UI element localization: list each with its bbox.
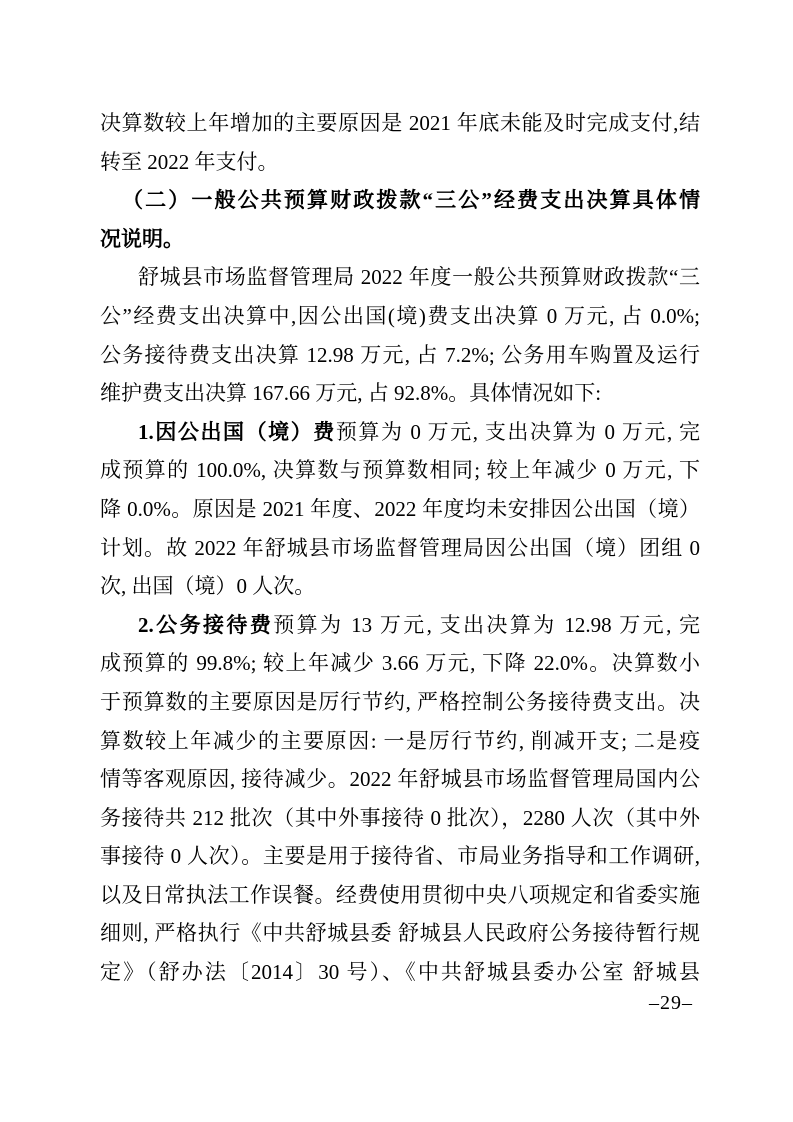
text-line-body: 务接待共 212 批次（其中外事接待 0 批次），2280 人次（其中外 (100, 806, 700, 830)
text-line: 降 0.0%。原因是 2021 年度、2022 年度均未安排因公出国（境） (100, 490, 700, 529)
text-line: 1.因公出国（境）费预算为 0 万元, 支出决算为 0 万元, 完 (100, 413, 700, 452)
text-line-body: 降 0.0%。原因是 2021 年度、2022 年度均未安排因公出国（境） (100, 497, 700, 521)
text-line: 舒城县市场监督管理局 2022 年度一般公共预算财政拨款“三 (100, 258, 700, 297)
text-line-body: 情等客观原因, 接待减少。2022 年舒城县市场监督管理局国内公 (100, 767, 700, 791)
text-line: 况说明。 (100, 220, 700, 259)
text-line-body: 况说明。 (100, 227, 184, 251)
document-body: 决算数较上年增加的主要原因是 2021 年底未能及时完成支付,结转至 2022 … (100, 104, 700, 992)
text-line-body: 于预算数的主要原因是厉行节约, 严格控制公务接待费支出。决 (100, 690, 700, 714)
text-line: 算数较上年减少的主要原因: 一是厉行节约, 削减开支; 二是疫 (100, 722, 700, 761)
text-line-body: 计划。故 2022 年舒城县市场监督管理局因公出国（境）团组 0 (100, 536, 700, 560)
text-line: 以及日常执法工作误餐。经费使用贯彻中央八项规定和省委实施 (100, 876, 700, 915)
text-line-body: 以及日常执法工作误餐。经费使用贯彻中央八项规定和省委实施 (100, 883, 700, 907)
text-line: 2.公务接待费预算为 13 万元, 支出决算为 12.98 万元, 完 (100, 606, 700, 645)
text-line: 次, 出国（境）0 人次。 (100, 567, 700, 606)
text-line-body: 舒城县市场监督管理局 2022 年度一般公共预算财政拨款“三 (138, 265, 700, 289)
text-line: 公”经费支出决算中,因公出国(境)费支出决算 0 万元, 占 0.0%; (100, 297, 700, 336)
document-page: 决算数较上年增加的主要原因是 2021 年底未能及时完成支付,结转至 2022 … (0, 0, 793, 1122)
text-line-body: 次, 出国（境）0 人次。 (100, 574, 315, 598)
text-line: 于预算数的主要原因是厉行节约, 严格控制公务接待费支出。决 (100, 683, 700, 722)
text-line-body: 公务接待费支出决算 12.98 万元, 占 7.2%; 公务用车购置及运行 (100, 343, 700, 367)
text-line: 维护费支出决算 167.66 万元, 占 92.8%。具体情况如下: (100, 374, 700, 413)
text-line: 成预算的 100.0%, 决算数与预算数相同; 较上年减少 0 万元, 下 (100, 451, 700, 490)
text-line: 情等客观原因, 接待减少。2022 年舒城县市场监督管理局国内公 (100, 760, 700, 799)
text-line-body: 预算为 13 万元, 支出决算为 12.98 万元, 完 (273, 613, 700, 637)
text-line: 成预算的 99.8%; 较上年减少 3.66 万元, 下降 22.0%。决算数小 (100, 644, 700, 683)
text-line-body: 定》（舒办法〔2014〕30 号）、《中共舒城县委办公室 舒城县 (100, 960, 700, 984)
text-line: 事接待 0 人次）。主要是用于接待省、市局业务指导和工作调研, (100, 837, 700, 876)
text-line: 公务接待费支出决算 12.98 万元, 占 7.2%; 公务用车购置及运行 (100, 336, 700, 375)
text-line: 务接待共 212 批次（其中外事接待 0 批次），2280 人次（其中外 (100, 799, 700, 838)
text-line-body: 算数较上年减少的主要原因: 一是厉行节约, 削减开支; 二是疫 (100, 729, 700, 753)
text-line: 计划。故 2022 年舒城县市场监督管理局因公出国（境）团组 0 (100, 529, 700, 568)
text-line-body: 维护费支出决算 167.66 万元, 占 92.8%。具体情况如下: (100, 381, 601, 405)
text-line-body: 预算为 0 万元, 支出决算为 0 万元, 完 (336, 420, 700, 444)
text-line-lead: 1.因公出国（境）费 (138, 420, 336, 444)
text-line-body: 成预算的 100.0%, 决算数与预算数相同; 较上年减少 0 万元, 下 (100, 458, 700, 482)
text-line: （二）一般公共预算财政拨款“三公”经费支出决算具体情 (100, 181, 700, 220)
text-line-body: 成预算的 99.8%; 较上年减少 3.66 万元, 下降 22.0%。决算数小 (100, 651, 700, 675)
text-line: 定》（舒办法〔2014〕30 号）、《中共舒城县委办公室 舒城县 (100, 953, 700, 992)
text-line-body: 转至 2022 年支付。 (100, 150, 279, 174)
text-line-body: 决算数较上年增加的主要原因是 2021 年底未能及时完成支付,结 (100, 111, 700, 135)
text-line-body: 公”经费支出决算中,因公出国(境)费支出决算 0 万元, 占 0.0%; (100, 304, 700, 328)
text-line-lead: 2.公务接待费 (138, 613, 273, 637)
text-line-body: （二）一般公共预算财政拨款“三公”经费支出决算具体情 (122, 188, 700, 212)
text-line: 决算数较上年增加的主要原因是 2021 年底未能及时完成支付,结 (100, 104, 700, 143)
text-line: 转至 2022 年支付。 (100, 143, 700, 182)
text-line-body: 细则, 严格执行《中共舒城县委 舒城县人民政府公务接待暂行规 (100, 921, 700, 945)
text-line: 细则, 严格执行《中共舒城县委 舒城县人民政府公务接待暂行规 (100, 914, 700, 953)
text-line-body: 事接待 0 人次）。主要是用于接待省、市局业务指导和工作调研, (100, 844, 700, 868)
page-number: –29– (649, 991, 693, 1015)
